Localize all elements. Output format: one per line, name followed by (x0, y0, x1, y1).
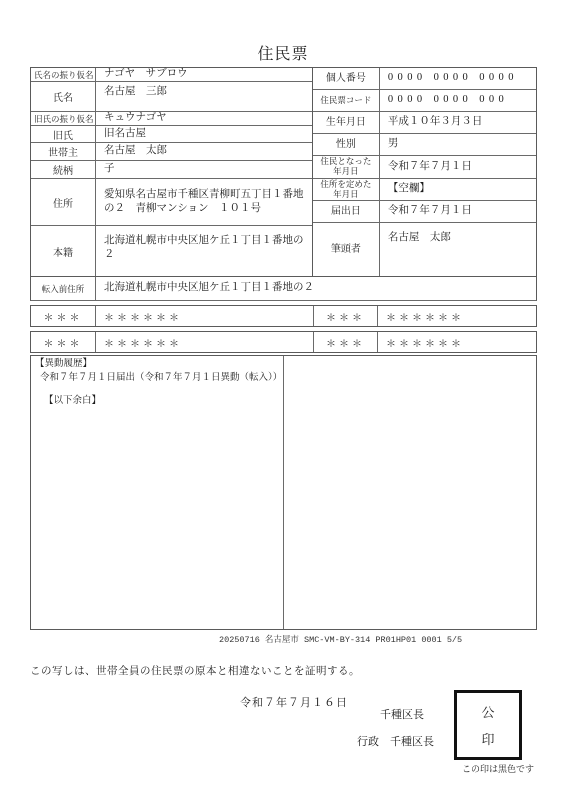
field-value: 名古屋 太郎 (380, 223, 536, 276)
field-value: ナゴヤ サブロウ (96, 68, 312, 81)
field-label: 性別 (313, 134, 380, 155)
blank-below-note: 【以下余白】 (35, 395, 279, 409)
masked-cell: ＊＊＊＊＊＊ (378, 332, 536, 352)
table-row-head-of-family-register: 筆頭者 名古屋 太郎 (313, 223, 536, 276)
print-control-code: 20250716 名古屋市 SMC-VM-BY-314 PR01HP01 000… (219, 633, 462, 645)
table-row-individual-number: 個人番号 0000 0000 0000 (313, 68, 536, 90)
table-row-birthdate: 生年月日 平成１０年３月３日 (313, 112, 536, 134)
field-label: 旧氏 (31, 126, 96, 142)
table-row-relationship: 続柄 子 (31, 161, 312, 179)
seal-char-bottom: 印 (481, 729, 494, 748)
acting-ward-mayor-name: 行政 千種区長 (357, 733, 434, 749)
field-value: 0000 0000 0000 (380, 68, 536, 89)
table-row-oldname-kana: 旧氏の振り仮名 キュウナゴヤ (31, 112, 312, 126)
field-label: 筆頭者 (313, 223, 380, 276)
field-label: 旧氏の振り仮名 (31, 112, 96, 125)
transfer-history-section: 【異動履歴】 令和７年７月１日届出（令和７年７月１日異動（転入）） 【以下余白】 (30, 355, 537, 630)
field-value: 令和７年７月１日 (380, 201, 536, 222)
field-value: 名古屋 三郎 (96, 82, 312, 111)
field-label: 世帯主 (31, 143, 96, 160)
transfer-history-entry: 令和７年７月１日届出（令和７年７月１日異動（転入）） (35, 372, 279, 386)
field-label: 生年月日 (313, 112, 380, 133)
masked-cell: ＊＊＊＊＊＊ (378, 306, 536, 326)
field-label: 住民票コード (313, 90, 380, 111)
field-value: 北海道札幌市中央区旭ケ丘１丁目１番地の２ (96, 277, 536, 300)
field-label: 住所を定めた年月日 (313, 179, 380, 200)
field-label: 個人番号 (313, 68, 380, 89)
field-value: 平成１０年３月３日 (380, 112, 536, 133)
field-value: 旧名古屋 (96, 126, 312, 142)
field-value: 北海道札幌市中央区旭ケ丘１丁目１番地の２ (96, 226, 312, 276)
main-record-section: 氏名の振り仮名 ナゴヤ サブロウ 氏名 名古屋 三郎 旧氏の振り仮名 キュウナゴ… (30, 67, 537, 277)
field-value: 男 (380, 134, 536, 155)
field-label: 住所 (31, 179, 96, 225)
masked-cell: ＊＊＊ (31, 306, 96, 326)
table-row-notification-date: 届出日 令和７年７月１日 (313, 201, 536, 223)
table-row-name-kana: 氏名の振り仮名 ナゴヤ サブロウ (31, 68, 312, 82)
table-row-oldname: 旧氏 旧名古屋 (31, 126, 312, 143)
seal-char-top: 公 (481, 702, 494, 721)
official-seal-stamp: 公 印 (454, 690, 522, 760)
table-row-previous-address: 転入前住所 北海道札幌市中央区旭ケ丘１丁目１番地の２ (30, 277, 537, 301)
field-value: 子 (96, 161, 312, 178)
table-row-registered-domicile: 本籍 北海道札幌市中央区旭ケ丘１丁目１番地の２ (31, 226, 312, 276)
masked-cell: ＊＊＊＊＊＊ (96, 332, 314, 352)
certification-statement: この写しは、世帯全員の住民票の原本と相違ないことを証明する。 (30, 663, 360, 678)
field-value: 【空欄】 (380, 179, 536, 200)
document-table: 氏名の振り仮名 ナゴヤ サブロウ 氏名 名古屋 三郎 旧氏の振り仮名 キュウナゴ… (30, 67, 537, 630)
field-label: 氏名の振り仮名 (31, 68, 96, 81)
field-value: 愛知県名古屋市千種区青柳町五丁目１番地の２ 青柳マンション １０１号 (96, 179, 312, 225)
transfer-history-heading: 【異動履歴】 (35, 358, 279, 372)
ward-mayor-name: 千種区長 (380, 706, 424, 722)
field-label: 氏名 (31, 82, 96, 111)
table-row-resident-code: 住民票コード 0000 0000 000 (313, 90, 536, 112)
field-value: 0000 0000 000 (380, 90, 536, 111)
table-row-resident-since: 住民となった年月日 令和７年７月１日 (313, 156, 536, 179)
juminhyo-document: 住民票 氏名の振り仮名 ナゴヤ サブロウ 氏名 名古屋 三郎 旧氏の振り仮名 キ… (0, 0, 566, 800)
transfer-history-empty-column (284, 356, 536, 629)
seal-color-note: この印は黒色です (462, 762, 534, 775)
page-title: 住民票 (0, 41, 566, 64)
field-label: 続柄 (31, 161, 96, 178)
table-row-householder: 世帯主 名古屋 太郎 (31, 143, 312, 161)
masked-cell: ＊＊＊＊＊＊ (96, 306, 314, 326)
field-label: 本籍 (31, 226, 96, 276)
table-row-address: 住所 愛知県名古屋市千種区青柳町五丁目１番地の２ 青柳マンション １０１号 (31, 179, 312, 226)
masked-cell: ＊＊＊ (314, 306, 378, 326)
field-value: キュウナゴヤ (96, 112, 312, 125)
certification-date: 令和７年７月１６日 (240, 694, 348, 710)
masked-row: ＊＊＊ ＊＊＊＊＊＊ ＊＊＊ ＊＊＊＊＊＊ (30, 305, 537, 327)
masked-row: ＊＊＊ ＊＊＊＊＊＊ ＊＊＊ ＊＊＊＊＊＊ (30, 331, 537, 353)
table-row-name: 氏名 名古屋 三郎 (31, 82, 312, 112)
masked-cell: ＊＊＊ (314, 332, 378, 352)
table-row-sex: 性別 男 (313, 134, 536, 156)
field-label: 転入前住所 (31, 277, 96, 300)
left-column-block: 氏名の振り仮名 ナゴヤ サブロウ 氏名 名古屋 三郎 旧氏の振り仮名 キュウナゴ… (31, 68, 313, 276)
field-label: 届出日 (313, 201, 380, 222)
field-label-line2: 年月日 (333, 190, 359, 200)
field-value: 名古屋 太郎 (96, 143, 312, 160)
masked-cell: ＊＊＊ (31, 332, 96, 352)
field-label: 住民となった年月日 (313, 156, 380, 178)
field-label-line2: 年月日 (333, 167, 359, 177)
table-row-address-set-date: 住所を定めた年月日 【空欄】 (313, 179, 536, 201)
right-column-block: 個人番号 0000 0000 0000 住民票コード 0000 0000 000… (313, 68, 536, 276)
field-value: 令和７年７月１日 (380, 156, 536, 178)
transfer-history-content: 【異動履歴】 令和７年７月１日届出（令和７年７月１日異動（転入）） 【以下余白】 (31, 356, 284, 629)
